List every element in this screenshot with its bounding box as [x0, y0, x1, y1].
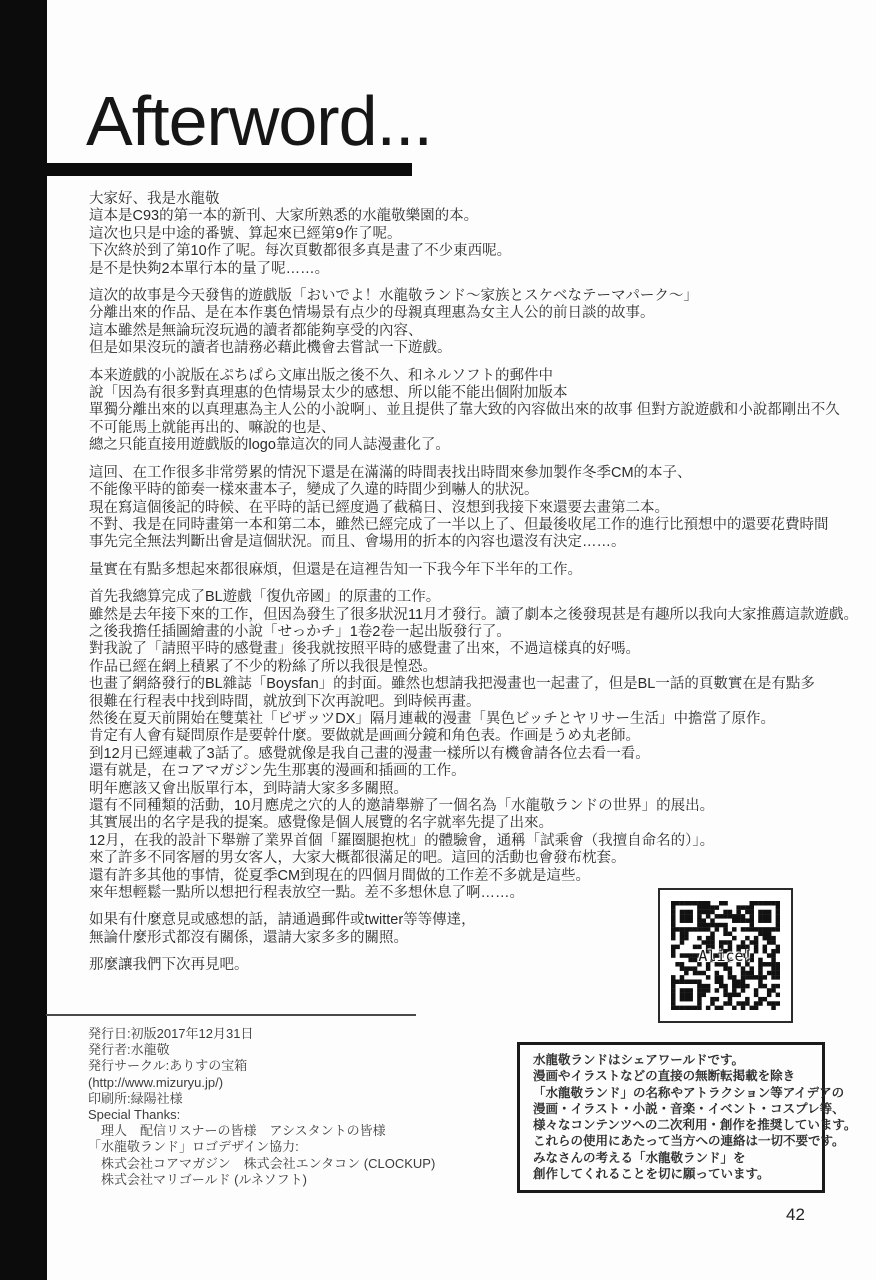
text-line: 漫画・イラスト・小説・音楽・イベント・コスプレ等、 [533, 1101, 816, 1117]
text-line: 「水龍敬ランド」ロゴデザイン協力: [88, 1139, 435, 1155]
text-line: 理人 配信リスナーの皆様 アシスタントの皆様 [88, 1123, 435, 1139]
page-number: 42 [786, 1205, 805, 1225]
text-line: 事先完全無法判斷出會是這個狀況。而且、會場用的折本的內容也還沒有決定……。 [89, 534, 864, 551]
text-line: 量實在有點多想起來都很麻煩，但還是在這裡告知一下我今年下半年的工作。 [89, 562, 864, 579]
text-line: 對我說了「請照平時的感覺畫」後我就按照平時的感覺畫了出來，不過這樣真的好嗎。 [89, 641, 864, 658]
text-line: みなさんの考える「水龍敬ランド」を [533, 1150, 816, 1166]
paragraph-work-list: 首先我總算完成了BL遊戲「復仇帝國」的原畫的工作。雖然是去年接下來的工作，但因為… [89, 589, 864, 902]
text-line: 作品已經在網上積累了不少的粉絲了所以我很是惶恐。 [89, 659, 864, 676]
text-line: 不可能馬上就能再出的、嘛說的也是、 [89, 420, 864, 437]
text-line: 還有不同種類的活動，10月應虎之穴的人的邀請舉辦了一個名為「水龍敬ランドの世界」… [89, 798, 864, 815]
text-line: 這本是C93的第一本的新刊、大家所熟悉的水龍敬樂園的本。 [89, 208, 864, 225]
text-line: (http://www.mizuryu.jp/) [88, 1075, 435, 1091]
text-line: 水龍敬ランドはシェアワールドです。 [533, 1052, 816, 1068]
text-line: 12月，在我的設計下舉辦了業界首個「羅圈腿抱枕」的體驗會，通稱「試乘會（我擅自命… [89, 833, 864, 850]
text-line: Special Thanks: [88, 1107, 435, 1123]
text-line: 其實展出的名字是我的提案。感覺像是個人展覽的名字就率先提了出來。 [89, 815, 864, 832]
left-black-bar [0, 0, 47, 1280]
text-line: 「水龍敬ランド」の名称やアトラクション等アイデアの [533, 1085, 816, 1101]
afterword-page: Afterword... 大家好、我是水龍敬這本是C93的第一本的新刊、大家所熟… [0, 0, 876, 1280]
text-line: 現在寫這個後記的時候、在平時的話已經度過了截稿日、沒想到我接下來還要去畫第二本。 [89, 500, 864, 517]
text-line: 這回、在工作很多非常勞累的情況下還是在滿滿的時間表找出時間來參加製作冬季CM的本… [89, 465, 864, 482]
text-line: 還有許多其他的事情，從夏季CM到現在的四個月間做的工作差不多就是這些。 [89, 868, 864, 885]
text-line: 印刷所:緑陽社様 [88, 1091, 435, 1107]
text-line: 分離出來的作品、是在本作裏色情場景有点少的母親真理惠為女主人公的前日談的故事。 [89, 305, 864, 322]
text-line: 創作してくれることを切に願っています。 [533, 1166, 816, 1182]
text-line: 這次也只是中途的番號、算起來已經第9作了呢。 [89, 226, 864, 243]
text-line: 肯定有人會有疑問原作是要幹什麼。要做就是画画分鏡和角色表。作画是うめ丸老師。 [89, 728, 864, 745]
text-line: 也畫了網絡發行的BL雜誌「Boysfan」的封面。雖然也想請我把漫畫也一起畫了，… [89, 676, 864, 693]
qr-label: Alice! [660, 947, 791, 965]
text-line: 不能像平時的節奏一樣來畫本子，變成了久違的時間少到嚇人的狀況。 [89, 482, 864, 499]
text-line: 発行サークル:ありすの宝箱 [88, 1058, 435, 1074]
paragraph-story-origin: 這次的故事是今天發售的遊戲版「おいでよ！水龍敬ランド～家族とスケベなテーマパーク… [89, 288, 864, 358]
text-line: 是不是快夠2本單行本的量了呢……。 [89, 261, 864, 278]
text-line: 但是如果沒玩的讀者也請務必藉此機會去嘗試一下遊戲。 [89, 340, 864, 357]
text-line: 株式会社コアマガジン 株式会社エンタコン (CLOCKUP) [88, 1156, 435, 1172]
text-line: 発行者:水龍敬 [88, 1042, 435, 1058]
paragraph-novel-version: 本来遊戲的小說版在ぷちぱら文庫出版之後不久、和ネルソフト的郵件中說「因為有很多對… [89, 368, 864, 455]
afterword-body: 大家好、我是水龍敬這本是C93的第一本的新刊、大家所熟悉的水龍敬樂園的本。這次也… [89, 191, 864, 985]
text-line: 首先我總算完成了BL遊戲「復仇帝國」的原畫的工作。 [89, 589, 864, 606]
text-line: 様々なコンテンツへの二次利用・創作を推奨しています。 [533, 1117, 816, 1133]
text-line: 這次的故事是今天發售的遊戲版「おいでよ！水龍敬ランド～家族とスケベなテーマパーク… [89, 288, 864, 305]
text-line: 還有就是，在コアマガジン先生那裏的漫画和插画的工作。 [89, 763, 864, 780]
colophon-divider [46, 1014, 416, 1016]
text-line: 到12月已經連載了3話了。感覺就像是我自己畫的漫畫一樣所以有機會請各位去看一看。 [89, 746, 864, 763]
text-line: 說「因為有很多對真理惠的色情場景太少的感想、所以能不能出個附加版本 [89, 385, 864, 402]
text-line: 漫画やイラストなどの直接の無断転掲載を除き [533, 1068, 816, 1084]
text-line: 這本雖然是無論玩沒玩過的讀者都能夠享受的內容、 [89, 323, 864, 340]
text-line: 発行日:初版2017年12月31日 [88, 1026, 435, 1042]
text-line: 然後在夏天前開始在雙葉社「ピザッツDX」隔月連載的漫畫「異色ビッチとヤリサー生活… [89, 711, 864, 728]
text-line: 大家好、我是水龍敬 [89, 191, 864, 208]
text-line: これらの使用にあたって当方への連絡は一切不要です。 [533, 1133, 816, 1149]
share-world-notice: 水龍敬ランドはシェアワールドです。漫画やイラストなどの直接の無断転掲載を除き「水… [517, 1042, 825, 1193]
paragraph-greeting: 大家好、我是水龍敬這本是C93的第一本的新刊、大家所熟悉的水龍敬樂園的本。這次也… [89, 191, 864, 278]
text-line: 下次終於到了第10作了呢。每次頁數都很多真是畫了不少東西呢。 [89, 243, 864, 260]
text-line: 明年應該又會出版單行本，到時請大家多多關照。 [89, 781, 864, 798]
page-title: Afterword... [86, 86, 432, 156]
text-line: 雖然是去年接下來的工作，但因為發生了很多狀況11月才發行。讀了劇本之後發現甚是有… [89, 607, 864, 624]
title-underline-bar [0, 163, 412, 176]
paragraph-schedule: 這回、在工作很多非常勞累的情況下還是在滿滿的時間表找出時間來參加製作冬季CM的本… [89, 465, 864, 552]
text-line: 本来遊戲的小說版在ぷちぱら文庫出版之後不久、和ネルソフト的郵件中 [89, 368, 864, 385]
text-line: 不對、我是在同時畫第一本和第二本，雖然已經完成了一半以上了、但最後收尾工作的進行… [89, 517, 864, 534]
paragraph-announcement: 量實在有點多想起來都很麻煩，但還是在這裡告知一下我今年下半年的工作。 [89, 562, 864, 579]
text-line: 之後我擔任插圖繪畫的小說「せっかチ」1卷2卷一起出版發行了。 [89, 624, 864, 641]
text-line: 總之只能直接用遊戲版的logo靠這次的同人誌漫畫化了。 [89, 437, 864, 454]
text-line: 很難在行程表中找到時間，就放到下次再說吧。到時候再畫。 [89, 694, 864, 711]
qr-code-box: Alice! [658, 888, 793, 1023]
text-line: 株式会社マリゴールド (ルネソフト) [88, 1172, 435, 1188]
text-line: 來了許多不同客層的男女客人，大家大概都很滿足的吧。這回的活動也會發布枕套。 [89, 850, 864, 867]
colophon: 発行日:初版2017年12月31日発行者:水龍敬発行サークル:ありすの宝箱(ht… [88, 1026, 435, 1188]
text-line: 單獨分離出來的以真理惠為主人公的小說啊」、並且提供了靠大致的內容做出來的故事 但… [89, 402, 864, 419]
